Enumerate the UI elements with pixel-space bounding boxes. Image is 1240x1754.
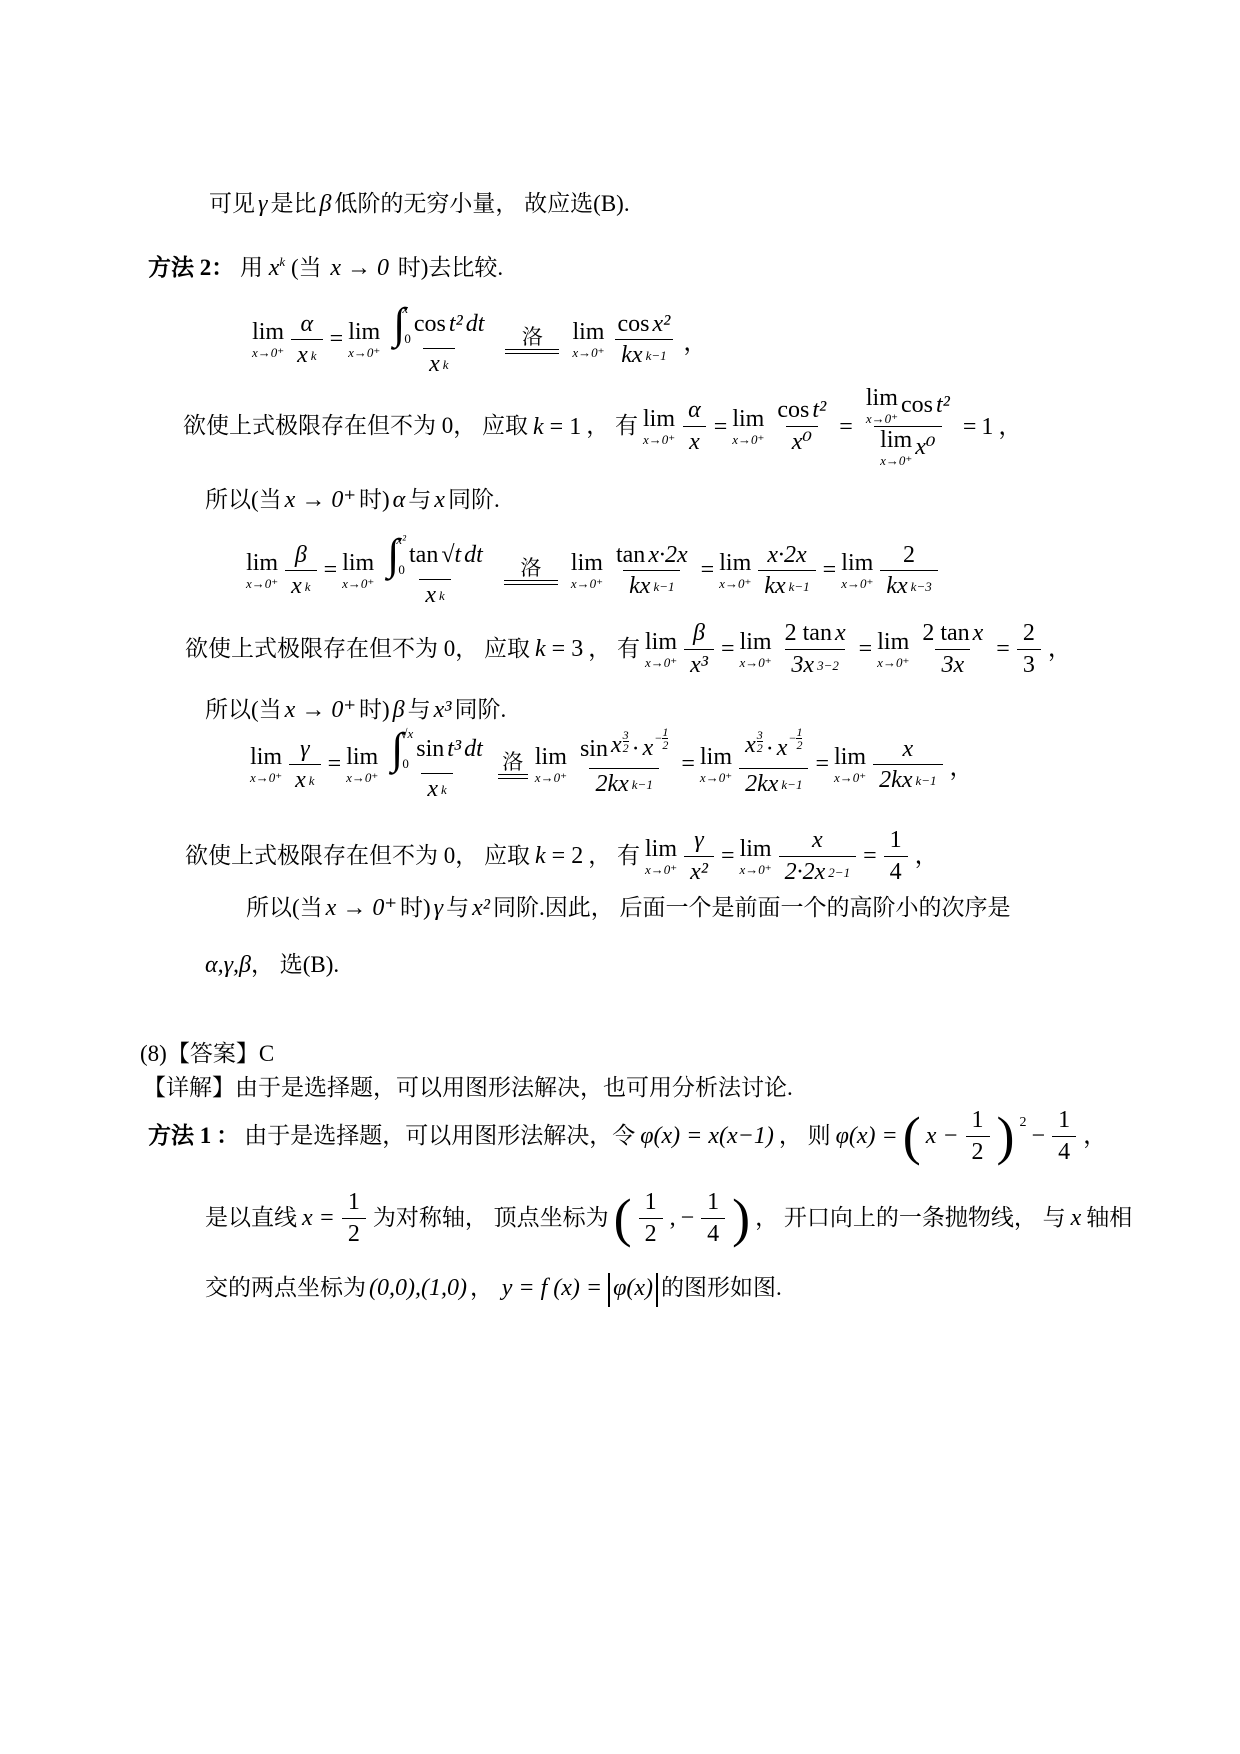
text: 由于是选择题，可以用图形法解决，令 [244, 1119, 635, 1154]
limit-operator: limx→0⁺ [877, 630, 909, 669]
equals: = [996, 631, 1010, 667]
abs-bar-left [608, 1273, 610, 1307]
limit-operator: limx→0⁺ [732, 407, 764, 446]
x-to-0plus: x → 0⁺ [285, 697, 356, 723]
numerator: α [295, 309, 320, 340]
text: 【详解】由于是选择题，可以用图形法解决，也可用分析法讨论. [143, 1075, 793, 1100]
exponent-3-halves: 32 [623, 729, 629, 754]
fraction-1-half: 1 2 [639, 1187, 663, 1250]
x-minus: x − [926, 1118, 959, 1154]
limit-operator: limx→0⁺ [645, 630, 677, 669]
intersection-line: 交的两点坐标为(0,0),(1,0)， y = f (x) =φ(x)的图形如图… [205, 1270, 782, 1307]
text: ， 选(B). [251, 952, 339, 977]
x-cubed: x³ [434, 697, 452, 723]
answer-label: (8)【答案】C [140, 1041, 274, 1066]
beta-symbol: β [319, 191, 331, 217]
denominator: x [683, 426, 706, 458]
numerator: 1 [966, 1105, 990, 1136]
text: 同阶.因此， 后面一个是前面一个的高阶小的次序是 [493, 895, 1011, 920]
fraction-cost2-over-x0: cost² x⁰ [771, 395, 832, 458]
numerator: 1 [639, 1187, 663, 1218]
points: (0,0),(1,0) [369, 1275, 467, 1301]
denominator: 3x3−2 [785, 649, 844, 681]
text: ， 有 [586, 409, 638, 444]
answer-8-line: (8)【答案】C [140, 1037, 274, 1072]
equals: = [859, 631, 873, 667]
text: 与 [408, 697, 431, 722]
fraction-1-half: 1 2 [966, 1105, 990, 1168]
colon: ： [211, 255, 234, 280]
fraction-beta-over-xk: β xk [285, 540, 316, 603]
double-line [505, 349, 559, 354]
comma: ， [1083, 1118, 1107, 1154]
text: 低阶的无穷小量， 故应选(B). [334, 191, 629, 216]
denominator: 2kxk−1 [739, 768, 808, 800]
limit-operator: limx→0⁺ [342, 551, 374, 590]
denominator: 2kxk−1 [589, 768, 658, 800]
fraction-1-quarter: 1 4 [701, 1187, 725, 1250]
numerator: x·2x [761, 540, 812, 571]
text: 时) [359, 697, 390, 722]
denominator: kxk−1 [615, 339, 672, 371]
fraction-lim-over-lim: limx→0⁺ cost² limx→0⁺ x⁰ [860, 385, 956, 468]
double-line [498, 774, 528, 779]
text: 所以(当 [246, 895, 323, 920]
denominator: 2 [966, 1136, 990, 1168]
equals: = [330, 326, 344, 353]
phi-expression: φ(x) = [836, 1118, 898, 1154]
limit-operator: limx→0⁺ [348, 320, 380, 359]
denominator: xk [421, 773, 452, 805]
exponent-2: 2 [1020, 1112, 1027, 1133]
denominator: 2kxk−1 [873, 764, 942, 796]
fraction-x32: x32 · x−12 2kxk−1 [739, 730, 808, 800]
numerator: α [682, 395, 707, 426]
phi-definition: φ(x) = x(x−1) [640, 1118, 774, 1154]
abs-bar-right [656, 1273, 658, 1307]
numerator: 2 tanx [779, 618, 852, 649]
formula-gamma: limx→0⁺ γ xk = limx→0⁺ ∫√x0 sint³dt xk 洛… [250, 725, 974, 805]
numerator: β [687, 618, 711, 649]
numerator: x32 · x−12 [739, 730, 808, 768]
denominator: 4 [884, 856, 908, 888]
lhopital-equals: 洛 [498, 750, 528, 779]
denominator: 4 [701, 1218, 725, 1250]
method-2-heading: 方法 2： 用 xk (当 x → 0 时)去比较. [148, 250, 503, 286]
integral-sign: ∫x0 [393, 301, 411, 347]
comma: ， [683, 322, 707, 357]
fraction-1-quarter: 1 4 [884, 825, 908, 888]
fraction-gamma-over-x2: γ x² [684, 825, 714, 888]
denominator: xk [289, 764, 320, 796]
limit-operator: limx→0⁺ [645, 837, 677, 876]
equals: = [324, 557, 338, 584]
colon: ： [216, 1119, 239, 1154]
formula-alpha: limx→0⁺ α xk = limx→0⁺ ∫x0 cost²dt xk 洛 … [252, 300, 707, 380]
conclusion-gamma-beta-line: 可见γ是比β低阶的无穷小量， 故应选(B). [209, 186, 630, 222]
x-power-k: xk [269, 255, 285, 281]
fraction-x-over-2kx: x 2kxk−1 [873, 734, 942, 797]
denominator: 3x [935, 649, 970, 681]
gamma-symbol: γ [434, 895, 443, 921]
denominator: xk [423, 348, 454, 380]
equals: = [839, 409, 853, 445]
text: (当 [291, 255, 322, 280]
limit-operator: limx→0⁺ [719, 551, 751, 590]
limit-operator: limx→0⁺ [252, 320, 284, 359]
numerator: limx→0⁺ cost² [860, 385, 956, 426]
fraction-2-over-kxkm3: 2 kxk−3 [880, 540, 937, 603]
comma: ， [915, 838, 939, 874]
limit-operator: limx→0⁺ [880, 428, 912, 467]
text: 欲使上式极限存在但不为 0， 应取 [185, 839, 530, 874]
denominator: kxk−1 [623, 570, 680, 602]
limit-operator: limx→0⁺ [834, 745, 866, 784]
denominator: xk [419, 579, 450, 611]
y-equals-fx: y = f (x) = [502, 1275, 602, 1301]
limit-operator: limx→0⁺ [700, 745, 732, 784]
text: 时)去比较. [398, 255, 503, 280]
exponent-minus-half: −12 [788, 726, 802, 751]
fraction-alpha-over-xk: α xk [291, 309, 322, 372]
integral-sign: ∫√x0 [391, 726, 413, 772]
denominator: xk [291, 339, 322, 371]
limit-operator: limx→0⁺ [571, 551, 603, 590]
denominator: 4 [1052, 1136, 1076, 1168]
text: ， 有 [588, 632, 640, 667]
equals: = [721, 631, 735, 667]
denominator: 2 [639, 1218, 663, 1250]
fraction-x2x: x·2x kxk−1 [758, 540, 815, 603]
choose-k1-line: 欲使上式极限存在但不为 0， 应取 k = 1 ， 有 limx→0⁺ α x … [183, 385, 1022, 468]
fraction-1-quarter: 1 4 [1052, 1105, 1076, 1168]
k-equals-3: k = 3 [535, 631, 583, 667]
equals: = [701, 557, 715, 584]
numerator: x [897, 734, 920, 765]
numerator: 1 [884, 825, 908, 856]
limit-operator: limx→0⁺ [643, 407, 675, 446]
fraction-sinx32: sin x32 · x−12 2kxk−1 [574, 730, 674, 800]
numerator: ∫√x0 sint³dt [385, 725, 489, 773]
denominator: kxk−3 [880, 570, 937, 602]
beta-same-order-line: 所以(当x → 0⁺时)β与x³同阶. [205, 692, 506, 728]
result-1: 1 [981, 409, 993, 445]
denominator: kxk−1 [758, 570, 815, 602]
limit-operator: limx→0⁺ [740, 837, 772, 876]
x-to-0plus: x → 0⁺ [285, 487, 356, 513]
limit-operator: limx→0⁺ [535, 745, 567, 784]
fraction-2tanx-over-3x32: 2 tanx 3x3−2 [779, 618, 852, 681]
minus: − [1032, 1118, 1046, 1154]
numerator: 1 [1052, 1105, 1076, 1136]
fraction-cosx2: cosx² kxk−1 [612, 309, 677, 372]
lhopital-equals: 洛 [505, 325, 559, 354]
numerator: ∫x²0 tan√tdt [381, 531, 489, 579]
phi-of-x: φ(x) [613, 1275, 653, 1301]
choose-k3-line: 欲使上式极限存在但不为 0， 应取 k = 3 ， 有 limx→0⁺ β x³… [185, 618, 1072, 681]
equals: = [721, 838, 735, 874]
alpha-same-order-line: 所以(当x → 0⁺时)α与x同阶. [205, 482, 500, 518]
numerator: cost² [771, 395, 832, 426]
equals: = [681, 751, 695, 778]
text: 所以(当 [205, 697, 282, 722]
k-equals-1: k = 1 [533, 409, 581, 445]
x-symbol: x [1071, 1200, 1082, 1236]
limit-operator: limx→0⁺ [246, 551, 278, 590]
text: 可见 [209, 191, 255, 216]
text: 的图形如图. [661, 1275, 782, 1300]
text: ， 有 [588, 839, 640, 874]
fraction-alpha-over-x: α x [682, 395, 707, 458]
equals: = [863, 838, 877, 874]
text: ， 开口向上的一条抛物线， 与 [755, 1201, 1066, 1236]
equals: = [328, 751, 342, 778]
comma: ， [998, 409, 1022, 445]
text: 用 [240, 255, 263, 280]
numerator: ∫x0 cost²dt [387, 300, 490, 348]
denominator: 3 [1017, 649, 1041, 681]
detail-line: 【详解】由于是选择题，可以用图形法解决，也可用分析法讨论. [143, 1071, 793, 1106]
limit-operator: limx→0⁺ [250, 745, 282, 784]
x-to-0: x → 0 [330, 255, 389, 281]
numerator: 2 [1017, 618, 1041, 649]
fraction-integral-sin: ∫√x0 sint³dt xk [385, 725, 489, 805]
fraction-gamma-over-xk: γ xk [289, 734, 320, 797]
denominator: 2 [342, 1218, 366, 1250]
left-paren: ( [614, 1198, 632, 1239]
text: 交的两点坐标为 [205, 1275, 366, 1300]
fraction-x-over-22x: x 2·2x2−1 [779, 825, 856, 888]
numerator: γ [294, 734, 315, 765]
method-1-label: 方法 1 [148, 1119, 211, 1154]
numerator: 1 [342, 1187, 366, 1218]
formula-beta: limx→0⁺ β xk = limx→0⁺ ∫x²0 tan√tdt xk 洛… [246, 531, 940, 611]
method-2-label: 方法 2 [148, 255, 211, 280]
text: 所以(当 [205, 487, 282, 512]
beta-symbol: β [393, 697, 405, 723]
text: 时) [359, 487, 390, 512]
limit-operator: limx→0⁺ [346, 745, 378, 784]
denominator: x² [684, 856, 714, 888]
comma: ， [950, 747, 974, 782]
comma: ， [1048, 631, 1072, 667]
x-symbol: x [434, 487, 445, 513]
fraction-1-half: 1 2 [342, 1187, 366, 1250]
text: 同阶. [448, 487, 500, 512]
fraction-beta-over-x3: β x³ [684, 618, 714, 681]
denominator: x³ [684, 649, 714, 681]
comma-in-coords: , [670, 1200, 676, 1236]
limit-operator: limx→0⁺ [740, 630, 772, 669]
numerator: tanx·2x [610, 540, 694, 571]
numerator: γ [688, 825, 709, 856]
comma: ， [470, 1275, 493, 1300]
equals: = [815, 751, 829, 778]
equals: = [714, 409, 728, 445]
right-paren: ) [997, 1116, 1015, 1157]
text: 同阶. [454, 697, 506, 722]
numerator: sin x32 · x−12 [574, 730, 674, 768]
text: 欲使上式极限存在但不为 0， 应取 [183, 409, 528, 444]
text: 与 [446, 895, 469, 920]
numerator: 2 tanx [916, 618, 989, 649]
text: 是比 [270, 191, 316, 216]
equals: = [963, 409, 977, 445]
minus: − [681, 1200, 695, 1236]
text: 与 [408, 487, 431, 512]
choose-k2-line: 欲使上式极限存在但不为 0， 应取 k = 2 ， 有 limx→0⁺ γ x²… [185, 825, 939, 888]
fraction-2tanx-over-3x: 2 tanx 3x [916, 618, 989, 681]
exponent-minus-half: −12 [654, 726, 668, 751]
limit-operator: limx→0⁺ [866, 386, 898, 425]
method-1-line: 方法 1： 由于是选择题，可以用图形法解决，令 φ(x) = x(x−1) ， … [148, 1105, 1107, 1168]
x-to-0plus: x → 0⁺ [326, 895, 397, 921]
denominator: x⁰ [786, 426, 818, 458]
exponent-3-halves: 32 [757, 729, 763, 754]
lhopital-equals: 洛 [504, 556, 558, 585]
gamma-same-order-line: 所以(当x → 0⁺时)γ与x²同阶.因此， 后面一个是前面一个的高阶小的次序是 [246, 890, 1011, 926]
alpha-gamma-beta: α,γ,β [205, 952, 251, 978]
denominator: 2·2x2−1 [779, 856, 856, 888]
double-line [504, 580, 558, 585]
text: ， 则 [779, 1119, 831, 1154]
fraction-integral-cos: ∫x0 cost²dt xk [387, 300, 490, 380]
x-equals: x = [302, 1200, 335, 1236]
document-page: 可见γ是比β低阶的无穷小量， 故应选(B). 方法 2： 用 xk (当 x →… [0, 0, 1240, 1754]
numerator: 2 [897, 540, 921, 571]
order-result-line: α,γ,β， 选(B). [205, 947, 339, 983]
text: 是以直线 [205, 1201, 297, 1236]
gamma-symbol: γ [258, 191, 267, 217]
fraction-tanx2x: tanx·2x kxk−1 [610, 540, 694, 603]
denominator: xk [285, 570, 316, 602]
alpha-symbol: α [393, 487, 406, 513]
limit-operator: limx→0⁺ [572, 320, 604, 359]
denominator: limx→0⁺ x⁰ [874, 426, 941, 468]
parabola-line: 是以直线 x = 1 2 为对称轴， 顶点坐标为 ( 1 2 , − 1 4 )… [205, 1187, 1132, 1250]
text: 时) [400, 895, 431, 920]
equals: = [823, 557, 837, 584]
numerator: cosx² [612, 309, 677, 340]
x-squared: x² [472, 895, 490, 921]
k-equals-2: k = 2 [535, 838, 583, 874]
integral-sign: ∫x²0 [387, 532, 406, 578]
limit-operator: limx→0⁺ [841, 551, 873, 590]
text: 轴相 [1086, 1201, 1132, 1236]
fraction-integral-tan: ∫x²0 tan√tdt xk [381, 531, 489, 611]
numerator: x [806, 825, 829, 856]
right-paren: ) [732, 1198, 750, 1239]
numerator: β [289, 540, 313, 571]
text: 欲使上式极限存在但不为 0， 应取 [185, 632, 530, 667]
fraction-2-thirds: 2 3 [1017, 618, 1041, 681]
left-paren: ( [903, 1116, 921, 1157]
numerator: 1 [701, 1187, 725, 1218]
text: 为对称轴， 顶点坐标为 [373, 1201, 609, 1236]
